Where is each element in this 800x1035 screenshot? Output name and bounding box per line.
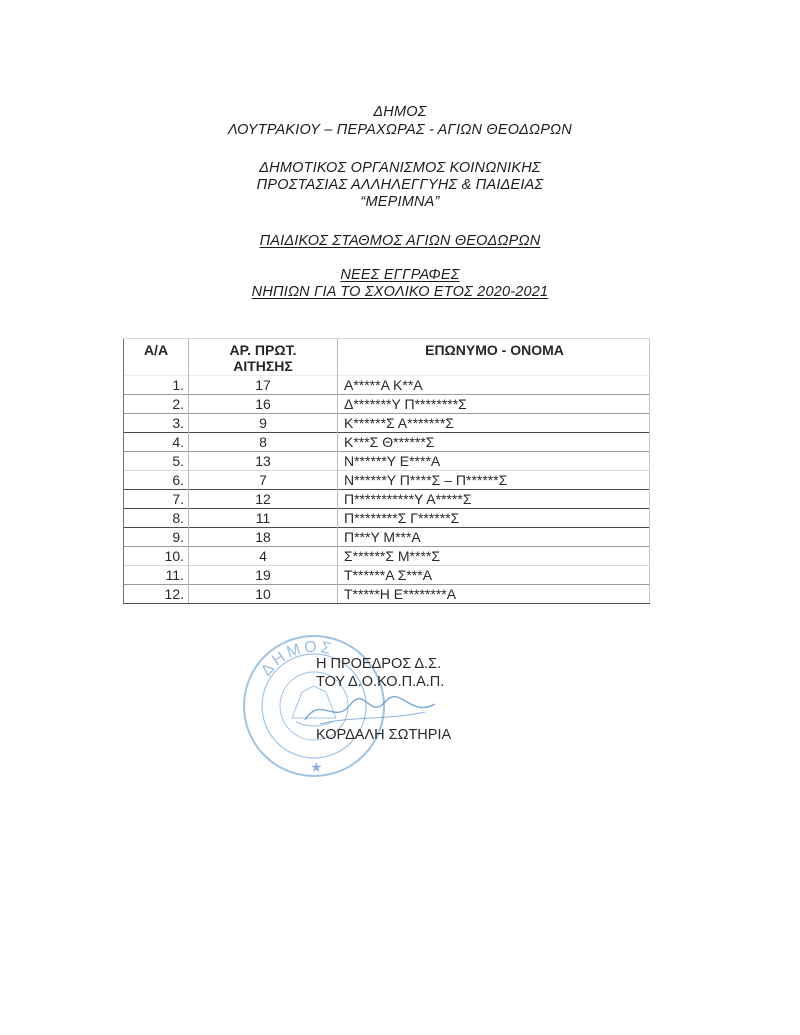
table-row: 9.18Π***Υ Μ***Α: [124, 528, 650, 547]
child-name: Δ*******Υ Π********Σ: [338, 395, 650, 414]
row-number: 5.: [124, 452, 189, 471]
child-name: Κ******Σ Α*******Σ: [338, 414, 650, 433]
table-row: 5.13Ν******Υ Ε****Α: [124, 452, 650, 471]
protocol-number: 7: [189, 471, 338, 490]
row-number: 2.: [124, 395, 189, 414]
table-row: 2.16Δ*******Υ Π********Σ: [124, 395, 650, 414]
child-name: Τ******Α Σ***Α: [338, 566, 650, 585]
row-number: 1.: [124, 376, 189, 395]
unit-title-text: ΠΑΙΔΙΚΟΣ ΣΤΑΘΜΟΣ ΑΓΙΩΝ ΘΕΟΔΩΡΩΝ: [260, 233, 541, 249]
signatory-organization: ΤΟΥ Δ.Ο.ΚΟ.Π.Α.Π.: [316, 674, 444, 690]
child-name: Π********Σ Γ******Σ: [338, 509, 650, 528]
child-name: Κ***Σ Θ******Σ: [338, 433, 650, 452]
unit-title: ΠΑΙΔΙΚΟΣ ΣΤΑΘΜΟΣ ΑΓΙΩΝ ΘΕΟΔΩΡΩΝ: [0, 233, 800, 250]
child-name: Σ******Σ Μ****Σ: [338, 547, 650, 566]
table-row: 8.11Π********Σ Γ******Σ: [124, 509, 650, 528]
column-header-aa: Α/Α: [124, 339, 189, 376]
table-row: 7.12Π***********Υ Α*****Σ: [124, 490, 650, 509]
organization-name: “ΜΕΡΙΜΝΑ”: [0, 194, 800, 211]
table-row: 3.9Κ******Σ Α*******Σ: [124, 414, 650, 433]
document-title-text: ΝΕΕΣ ΕΓΓΡΑΦΕΣ: [340, 267, 459, 283]
protocol-number: 12: [189, 490, 338, 509]
organization-line-2: ΠΡΟΣΤΑΣΙΑΣ ΑΛΛΗΛΕΓΓΥΗΣ & ΠΑΙΔΕΙΑΣ: [0, 177, 800, 194]
child-name: Π***********Υ Α*****Σ: [338, 490, 650, 509]
protocol-number: 19: [189, 566, 338, 585]
table-row: 10.4Σ******Σ Μ****Σ: [124, 547, 650, 566]
child-name: Ν******Υ Π****Σ – Π******Σ: [338, 471, 650, 490]
signature-scribble: [300, 690, 440, 730]
column-header-name: ΕΠΩΝΥΜΟ - ΟΝΟΜΑ: [338, 339, 650, 376]
child-name: Α*****Α Κ**Α: [338, 376, 650, 395]
protocol-number: 8: [189, 433, 338, 452]
municipality-name: ΛΟΥΤΡΑΚΙΟΥ – ΠΕΡΑΧΩΡΑΣ - ΑΓΙΩΝ ΘΕΟΔΩΡΩΝ: [0, 122, 800, 139]
table-row: 12.10Τ*****Η Ε********Α: [124, 585, 650, 604]
column-header-protocol: ΑΡ. ΠΡΩΤ. ΑΙΤΗΣΗΣ: [189, 339, 338, 376]
signatory-name: ΚΟΡΔΑΛΗ ΣΩΤΗΡΙΑ: [316, 727, 451, 743]
svg-text:★: ★: [310, 759, 323, 775]
row-number: 4.: [124, 433, 189, 452]
organization-line-1: ΔΗΜΟΤΙΚΟΣ ΟΡΓΑΝΙΣΜΟΣ ΚΟΙΝΩΝΙΚΗΣ: [0, 160, 800, 177]
table-header-row: Α/Α ΑΡ. ΠΡΩΤ. ΑΙΤΗΣΗΣ ΕΠΩΝΥΜΟ - ΟΝΟΜΑ: [124, 339, 650, 376]
protocol-number: 16: [189, 395, 338, 414]
row-number: 7.: [124, 490, 189, 509]
protocol-number: 17: [189, 376, 338, 395]
table-row: 1.17Α*****Α Κ**Α: [124, 376, 650, 395]
protocol-number: 10: [189, 585, 338, 604]
table-row: 11.19Τ******Α Σ***Α: [124, 566, 650, 585]
signatory-role: Η ΠΡΟΕΔΡΟΣ Δ.Σ.: [316, 656, 441, 672]
municipality-label: ΔΗΜΟΣ: [0, 104, 800, 121]
row-number: 3.: [124, 414, 189, 433]
row-number: 11.: [124, 566, 189, 585]
table-row: 6.7Ν******Υ Π****Σ – Π******Σ: [124, 471, 650, 490]
column-header-protocol-line2: ΑΙΤΗΣΗΣ: [233, 358, 293, 374]
child-name: Τ*****Η Ε********Α: [338, 585, 650, 604]
row-number: 9.: [124, 528, 189, 547]
row-number: 6.: [124, 471, 189, 490]
protocol-number: 11: [189, 509, 338, 528]
protocol-number: 18: [189, 528, 338, 547]
table-row: 4.8Κ***Σ Θ******Σ: [124, 433, 650, 452]
child-name: Π***Υ Μ***Α: [338, 528, 650, 547]
document-subtitle: ΝΗΠΙΩΝ ΓΙΑ ΤΟ ΣΧΟΛΙΚΟ ΕΤΟΣ 2020-2021: [0, 284, 800, 301]
protocol-number: 13: [189, 452, 338, 471]
column-header-protocol-line1: ΑΡ. ΠΡΩΤ.: [229, 342, 296, 358]
registrations-table: Α/Α ΑΡ. ΠΡΩΤ. ΑΙΤΗΣΗΣ ΕΠΩΝΥΜΟ - ΟΝΟΜΑ 1.…: [123, 338, 650, 604]
document-title: ΝΕΕΣ ΕΓΓΡΑΦΕΣ: [0, 267, 800, 284]
child-name: Ν******Υ Ε****Α: [338, 452, 650, 471]
document-subtitle-text: ΝΗΠΙΩΝ ΓΙΑ ΤΟ ΣΧΟΛΙΚΟ ΕΤΟΣ 2020-2021: [252, 284, 549, 300]
row-number: 10.: [124, 547, 189, 566]
protocol-number: 9: [189, 414, 338, 433]
protocol-number: 4: [189, 547, 338, 566]
row-number: 12.: [124, 585, 189, 604]
row-number: 8.: [124, 509, 189, 528]
